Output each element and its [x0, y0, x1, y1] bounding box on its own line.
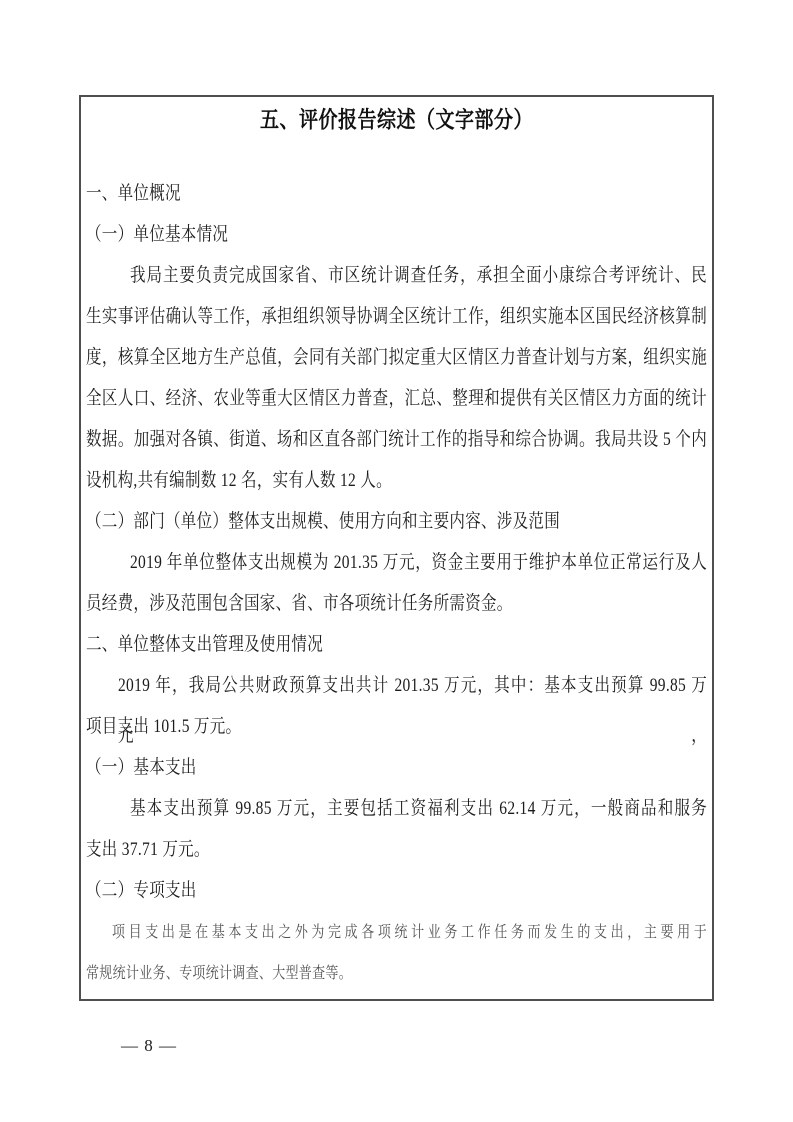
- page-number: — 8 —: [114, 1036, 184, 1056]
- report-title: 五、评价报告综述（文字部分）: [81, 102, 712, 134]
- document-line: 常规统计业务、专项统计调查、大型普查等。: [86, 947, 707, 997]
- report-body: 一、单位概况（一）单位基本情况我局主要负责完成国家省、市区统计调查任务，承担全面…: [86, 173, 707, 993]
- report-border-box: 五、评价报告综述（文字部分） 一、单位概况（一）单位基本情况我局主要负责完成国家…: [79, 95, 714, 1001]
- document-page: 五、评价报告综述（文字部分） 一、单位概况（一）单位基本情况我局主要负责完成国家…: [0, 0, 793, 1122]
